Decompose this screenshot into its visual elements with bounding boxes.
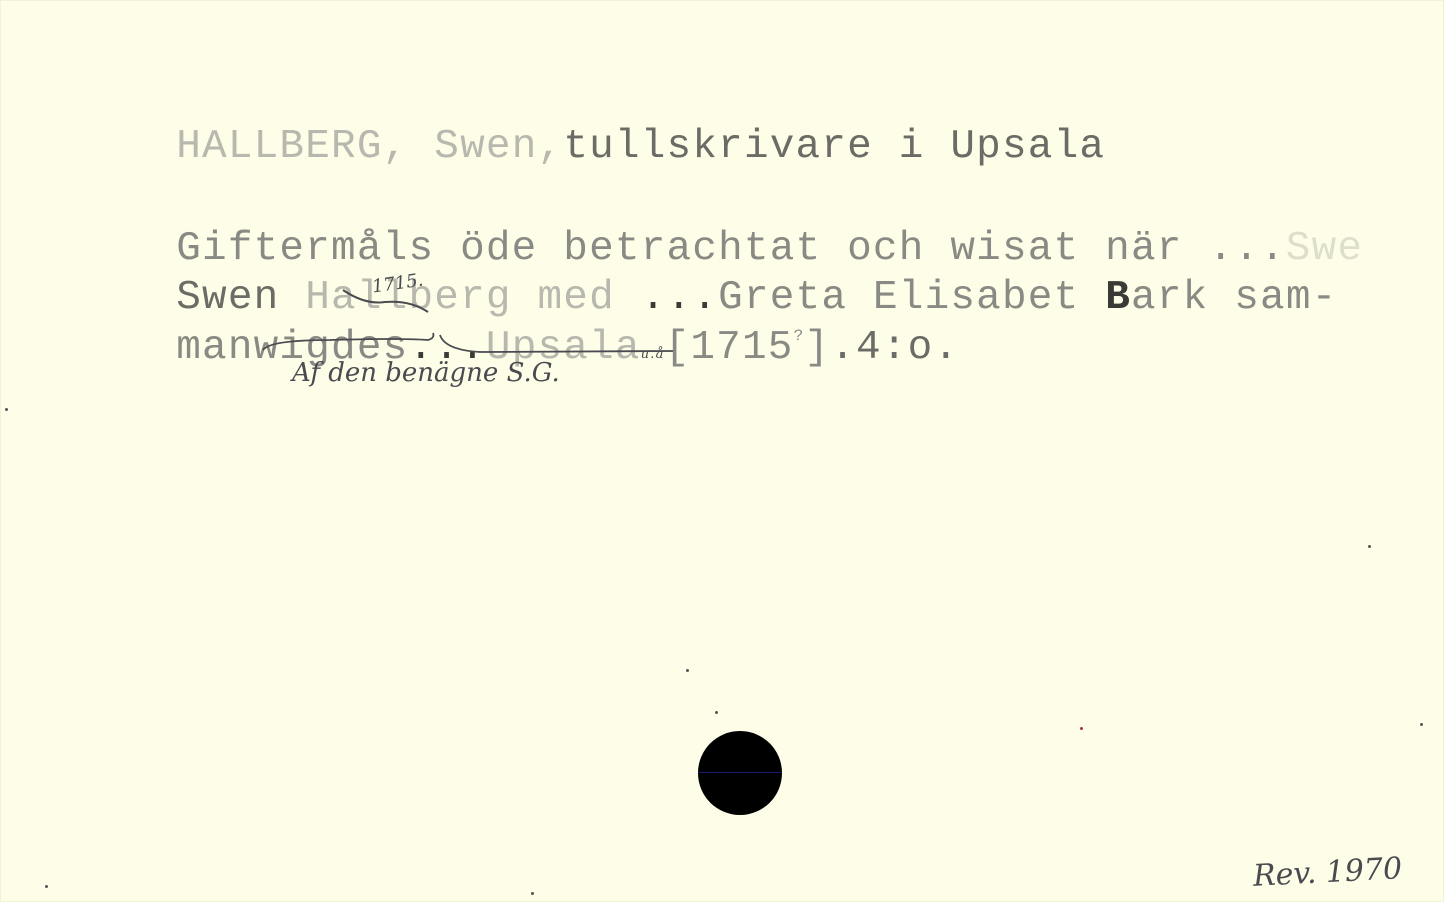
paper-speck <box>5 408 8 411</box>
body-line-3-format: .4:o. <box>830 325 959 371</box>
heading-given-name: Swen, <box>434 124 563 170</box>
body-line-3: manwigdes...Upsalau.å[1715?].4:o. <box>73 287 959 410</box>
body-line-3-bracket: [1715 <box>665 325 794 371</box>
handwritten-revision-note: Rev. 1970 <box>1252 854 1403 892</box>
paper-speck <box>1368 545 1371 548</box>
body-line-3-bracket-close: ] <box>804 325 830 371</box>
handwritten-attribution: Af den benägne S.G. <box>292 360 560 386</box>
body-line-3-bracket-sup: ? <box>794 327 805 345</box>
heading-title: tullskrivare i Upsala <box>563 124 1105 170</box>
heading-surname: HALLBERG, <box>176 124 408 170</box>
paper-speck <box>1420 723 1423 726</box>
paper-speck <box>686 669 689 672</box>
body-line-2-part4: ark sam- <box>1131 275 1337 321</box>
paper-speck <box>531 892 534 895</box>
body-line-2-bold-letter: B <box>1105 275 1131 321</box>
card-punch-hole <box>698 731 782 815</box>
paper-speck <box>45 885 48 888</box>
paper-speck <box>1080 727 1083 730</box>
paper-speck <box>715 711 718 714</box>
sub-annotation-u-a: u.å <box>641 347 665 362</box>
catalog-card: HALLBERG, Swen,tullskrivare i Upsala Gif… <box>0 0 1444 902</box>
